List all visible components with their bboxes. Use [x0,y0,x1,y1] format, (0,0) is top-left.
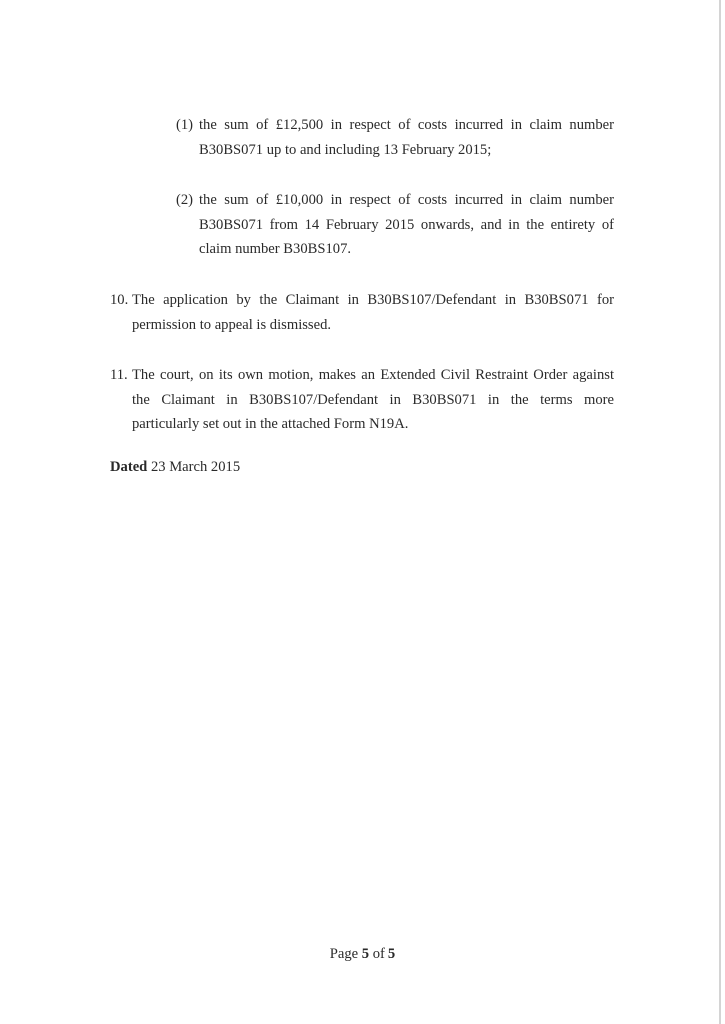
current-page-number: 5 [362,946,369,962]
sub-item-2: (2) the sum of £10,000 in respect of cos… [176,188,614,262]
page-footer: Page 5 of5 [0,943,725,965]
dated-line: Dated 23 March 2015 [110,456,240,478]
numbered-item-marker: 11. [110,363,132,437]
page-edge-line [719,0,721,1024]
numbered-item-marker: 10. [110,288,132,337]
sub-item-1: (1) the sum of £12,500 in respect of cos… [176,113,614,162]
numbered-item-text: The application by the Claimant in B30BS… [132,288,614,337]
numbered-item-11: 11. The court, on its own motion, makes … [110,363,614,437]
sub-item-marker: (1) [176,113,199,162]
total-pages-number: 5 [388,946,395,962]
sub-item-marker: (2) [176,188,199,262]
numbered-item-10: 10. The application by the Claimant in B… [110,288,614,337]
page-word: Page [330,946,358,962]
sub-item-text: the sum of £12,500 in respect of costs i… [199,113,614,162]
numbered-item-text: The court, on its own motion, makes an E… [132,363,614,437]
of-word: of [373,946,385,962]
dated-value: 23 March 2015 [151,459,240,475]
sub-item-text: the sum of £10,000 in respect of costs i… [199,188,614,262]
dated-label: Dated [110,459,147,475]
